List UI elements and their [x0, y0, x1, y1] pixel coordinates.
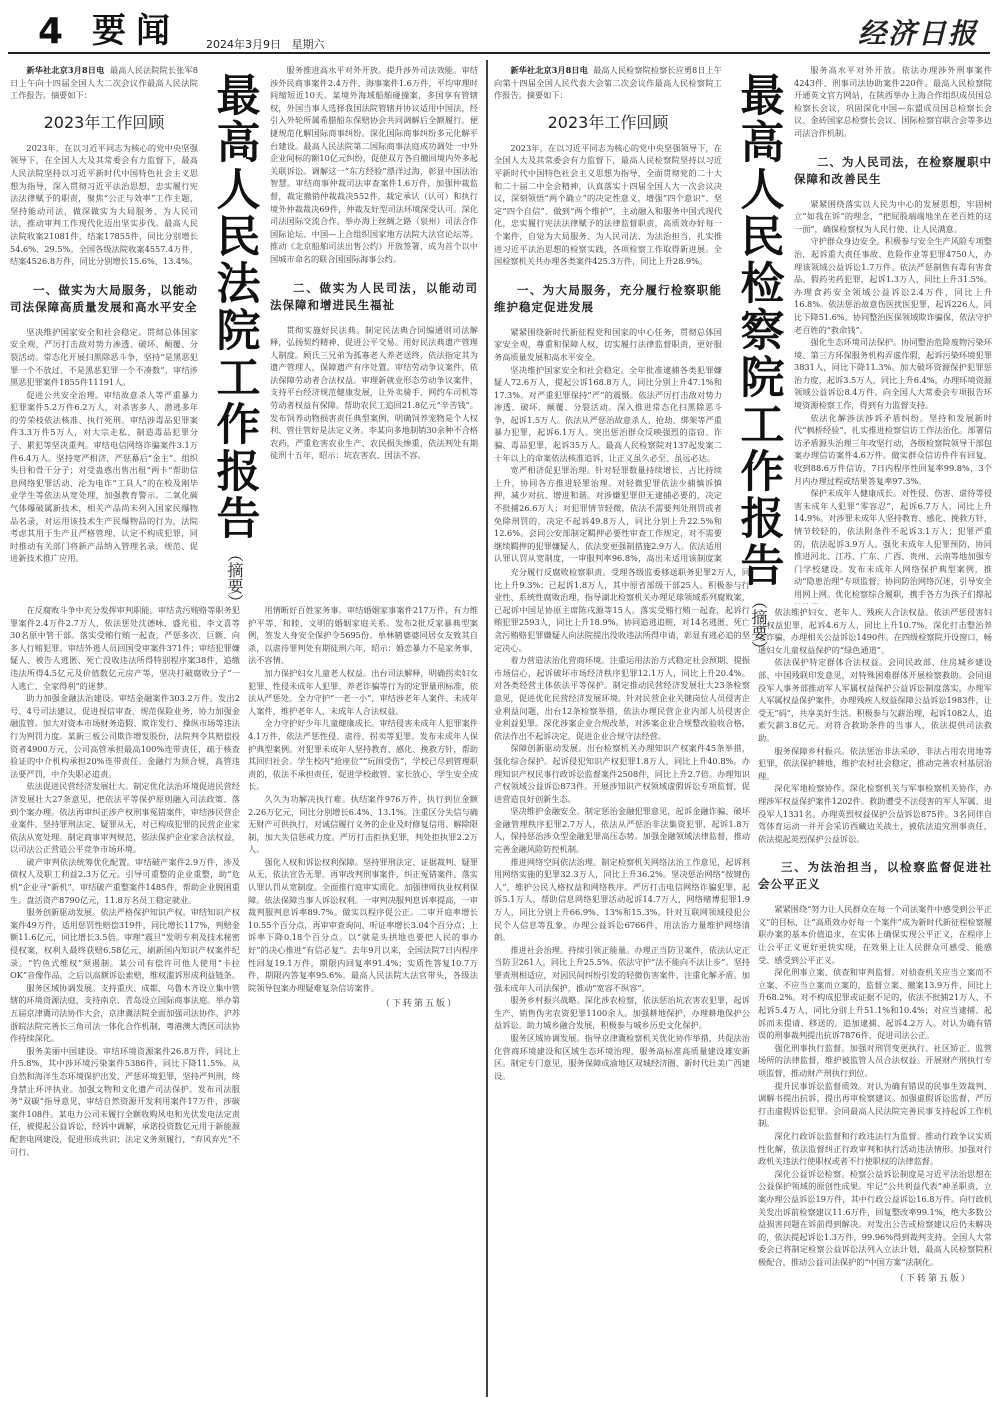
procuratorate-s1-p5: 着力营造法治化营商环境。注重运用法治方式稳定社会预期、提振市场信心，起诉破坏市场… — [494, 654, 750, 742]
court-s1-p2: 促进公共安全治理。审结故意杀人等严重暴力犯罪案件5.2万件6.2万人，对杀害多人… — [10, 389, 198, 565]
procuratorate-s3-p3: 强化刑事执行监督。加强对刑罚变更执行、社区矫正、监管场所的法律监督，维护被监管人… — [758, 1042, 992, 1080]
court-lead: 新华社北京3月8日电 最高人民法院院长张军8日上午向十四届全国人大二次会议作最高… — [10, 64, 198, 102]
procuratorate-s2-p7: 依法保护特定群体合法权益。会同民政部、住房城乡建设部、中国残联印发意见，对特殊困… — [758, 656, 992, 744]
court-s1-p4: 助力加强金融法治建设。审结金融案件303.2万件。发出2号、4号司法建议，促进授… — [10, 692, 240, 780]
court-continued-note: （下转第五版） — [248, 998, 478, 1011]
court-s2-p4: 全力守护好少年儿童健康成长。审结侵害未成年人犯罪案件4.1万件，依法严惩性侵、虐… — [248, 717, 478, 793]
procuratorate-s1-p8: 推进网络空间依法治理。制定检察机关网络法治工作意见，起诉利用网络实施的犯罪32.… — [494, 856, 750, 944]
court-headline: 最高人民法院工作报告 （摘要） — [204, 72, 264, 610]
procuratorate-s2-p5: 保护未成年人健康成长。对性侵、伤害、虐待等侵害未成年人犯罪“零容忍”，起诉6.7… — [794, 487, 992, 604]
court-s1-p7: 服务创新驱动发展。依法严格保护知识产权。审结知识产权案件49万件，适用惩罚性赔偿… — [10, 906, 240, 982]
issue-date-value: 2024年3月9日 — [206, 38, 281, 51]
procuratorate-s2-p6: 依法维护妇女、老年人、残疾人合法权益。依法严惩侵害妇女权益犯罪，起诉4.6万人，… — [758, 606, 992, 656]
court-column-1: 新华社北京3月8日电 最高人民法院院长张军8日上午向十四届全国人大二次会议作最高… — [10, 64, 198, 600]
court-s1-p9: 服务美丽中国建设。审结环境资源案件26.8万件，同比上升5.8%，其中涉环境污染… — [10, 1045, 240, 1158]
court-s1-p6: 破产审判依法统筹优化配置。审结破产案件2.9万件，涉及债权人及职工利益2.3万亿… — [10, 856, 240, 906]
section-name: 要闻 — [92, 14, 180, 48]
court-s2-p1: 贯彻实施好民法典。制定民法典合同编通则司法解释，弘扬契约精神、促进公平交易。用好… — [270, 324, 478, 463]
column-divider — [486, 60, 488, 1397]
procuratorate-continued-note: （下转第五版） — [758, 1273, 992, 1286]
court-s2-p5: 久久为功解决执行难。执结案件976万件，执行到位金额2.26万亿元，同比分别增长… — [248, 793, 478, 856]
procuratorate-lead: 新华社北京3月8日电 最高人民检察院检察长应勇8日上午向第十四届全国人民代表大会… — [494, 64, 722, 102]
procuratorate-s1-p10: 服务乡村振兴战略。深化涉农检察，依法惩治坑农害农犯罪，起诉生产、销售伪劣农资犯罪… — [494, 994, 750, 1032]
court-column-1-bottom: 在反腐败斗争中充分发挥审判职能。审结贪污贿赂等职务犯罪案件2.4万件2.7万人，… — [10, 604, 240, 1402]
court-section2-heading: 二、做实为人民司法，以能动司法保障和增进民生福祉 — [270, 280, 478, 314]
procuratorate-s1-p3: 宽严相济促犯罪治理。针对轻罪数量持续增长、占比持续上升，协同各方推进轻罪治理。对… — [494, 464, 722, 564]
procuratorate-section3-heading: 三、为法治担当，以检察监督促进社会公平正义 — [758, 859, 992, 893]
court-s2-p2: 用情断好百姓家务事。审结婚姻家事案件217万件，有力维护平等、和睦、文明的婚姻家… — [248, 604, 478, 667]
court-dateline: 新华社北京3月8日电 — [26, 65, 104, 75]
procuratorate-s1-p1: 紧紧围绕新时代新征程党和国家的中心任务，贯彻总体国家安全观，尊重和保障人权，切实… — [494, 326, 722, 364]
court-s1-p1: 坚决维护国家安全和社会稳定。贯彻总体国家安全观，严厉打击敌对势力渗透、破坏、颠覆… — [10, 326, 198, 389]
court-s1-p5: 依法促进民营经济发展壮大。制定优化法治环境促进民营经济发展壮大27条意见，把依法… — [10, 780, 240, 856]
procuratorate-s3-p1: 紧紧围绕“努力让人民群众在每一个司法案件中感受到公平正义”的目标，让“高质效办好… — [758, 903, 992, 966]
procuratorate-s2-p9: 深化军地检察协作。深化检察机关与军事检察机关协作，办理涉军权益保护案件1202件… — [758, 782, 992, 845]
procuratorate-s2-p3: 强化生态环境司法保护。协同整治危险废物污染环境、第三方环保服务机构弄虚作假，起诉… — [794, 336, 992, 412]
court-s1-p8: 服务区域协调发展。支持重庆、成都、乌鲁木齐设立集中管辖的环境资源法庭，支持南京、… — [10, 982, 240, 1045]
procuratorate-s1-p7: 坚决维护金融安全。制定惩治金融犯罪意见，起诉金融诈骗、破坏金融管理秩序犯罪2.7… — [494, 805, 750, 855]
issue-weekday: 星期六 — [292, 38, 325, 51]
procuratorate-s2-p8: 服务保障乡村振兴。依法惩治非法采砂、非法占用农用地等犯罪，依法保护耕地，维护农村… — [758, 745, 992, 783]
procuratorate-s2-p2: 守护群众身边安全。积极参与安全生产风险专项整治，起诉重大责任事故、危险作业等犯罪… — [794, 235, 992, 336]
procuratorate-section2-heading: 二、为人民司法，在检察履职中保障和改善民生 — [794, 154, 992, 188]
procuratorate-column-1: 新华社北京3月8日电 最高人民检察院检察长应勇8日上午向第十四届全国人民代表大会… — [494, 64, 722, 564]
court-s1-p3: 在反腐败斗争中充分发挥审判职能。审结贪污贿赂等职务犯罪案件2.4万件2.7万人，… — [10, 604, 240, 692]
procuratorate-s1-p9: 推进社会治理。持续引领正能量。办理正当防卫案件，依法认定正当防卫261人，同比上… — [494, 944, 750, 994]
procuratorate-s2-p4: 依法化解涉法涉诉矛盾纠纷。坚持和发展新时代“枫桥经验”，扎实推进检察信访工作法治… — [794, 412, 992, 488]
court-s1-p10: 服务推进高水平对外开放。提升涉外司法效能。审结涉外民商事案件2.4万件、海事案件… — [270, 64, 478, 266]
procuratorate-review-heading: 2023年工作回顾 — [494, 112, 722, 134]
court-headline-abstract: （摘要） — [224, 546, 244, 610]
procuratorate-column-2-bottom: 依法维护妇女、老年人、残疾人合法权益。依法严惩侵害妇女权益犯罪，起诉4.6万人，… — [758, 606, 992, 1402]
procuratorate-s1-p6: 保障创新驱动发展。出台检察机关办理知识产权案件45条举措，强化综合保护。起诉侵犯… — [494, 742, 750, 805]
court-section1-heading: 一、做实为大局服务，以能动司法保障高质量发展和高水平安全 — [10, 282, 198, 316]
procuratorate-s1-p12: 服务高水平对外开放。依法办理涉外刑事案件4243件、刑事司法协助案件220件。最… — [794, 64, 992, 140]
page-masthead: 4 要闻 2024年3月9日 星期六 经济日报 — [8, 0, 990, 54]
procuratorate-headline-text: 最高人民检察院工作报告 — [734, 72, 783, 589]
procuratorate-column-1-bottom: 充分履行反腐败检察职责。受理各级监委移送职务犯罪2万人，同比上升9.3%；已起诉… — [494, 566, 750, 1402]
procuratorate-review-text: 2023年，在以习近平同志为核心的党中央坚强领导下，在全国人大及其常委会有力监督… — [494, 142, 722, 268]
procuratorate-column-2-top: 服务高水平对外开放。依法办理涉外刑事案件4243件、刑事司法协助案件220件。最… — [794, 64, 992, 604]
procuratorate-s1-p2: 坚决维护国家安全和社会稳定。全年批准逮捕各类犯罪嫌疑人72.6万人，提起公诉16… — [494, 364, 722, 465]
procuratorate-s2-p1: 紧紧围绕落实以人民为中心的发展思想，牢固树立“如我在诉”的理念，“把屁股端端地坐… — [794, 198, 992, 236]
page-number: 4 — [38, 14, 63, 50]
court-column-2-top: 服务推进高水平对外开放。提升涉外司法效能。审结涉外民商事案件2.4万件、海事案件… — [270, 64, 478, 604]
court-review-heading: 2023年工作回顾 — [10, 112, 198, 134]
court-review-text: 2023年，在以习近平同志为核心的党中央坚强领导下，在全国人大及其常委会有力监督… — [10, 142, 198, 268]
procuratorate-s3-p4: 提升民事诉讼监督质效。对认为确有错误的民事生效裁判、调解书提出抗诉，提出再审检察… — [758, 1080, 992, 1130]
procuratorate-dateline: 新华社北京3月8日电 — [510, 65, 587, 75]
newspaper-logo: 经济日报 — [858, 12, 978, 52]
procuratorate-s1-p4: 充分履行反腐败检察职责。受理各级监委移送职务犯罪2万人，同比上升9.3%；已起诉… — [494, 566, 750, 654]
court-s2-p6: 强化人权和诉讼权利保障。坚持罪刑法定、证据裁判、疑罪从无，依法宣告无罪。再审改判… — [248, 856, 478, 995]
procuratorate-s3-p5: 深化行政诉讼监督和行政违法行为监督。推动行政争议实质性化解，依法监督纠正行政审判… — [758, 1130, 992, 1168]
issue-date: 2024年3月9日 星期六 — [206, 36, 325, 52]
procuratorate-s3-p6: 深化公益诉讼检察。检察公益诉讼制度是习近平法治思想在公益保护领域的原创性成果。牢… — [758, 1168, 992, 1269]
procuratorate-section1-heading: 一、为大局服务，充分履行检察职能维护稳定促进发展 — [494, 282, 722, 316]
court-headline-text: 最高人民法院工作报告 — [210, 72, 259, 542]
court-column-2-bottom: 用情断好百姓家务事。审结婚姻家事案件217万件，有力维护平等、和睦、文明的婚姻家… — [248, 604, 478, 1402]
court-s2-p3: 加力保护妇女儿童老人权益。出台司法解释，明确拐卖妇女犯罪、性侵未成年人犯罪、养老… — [248, 667, 478, 717]
procuratorate-s3-p2: 深化刑事立案、侦查和审判监督。对侦查机关应当立案而不立案、不应当立案而立案的，监… — [758, 966, 992, 1042]
procuratorate-s1-p11: 服务区域协调发展。指导京津冀检察机关优化协作举措，共促法治化营商环境建设和区域生… — [494, 1032, 750, 1082]
